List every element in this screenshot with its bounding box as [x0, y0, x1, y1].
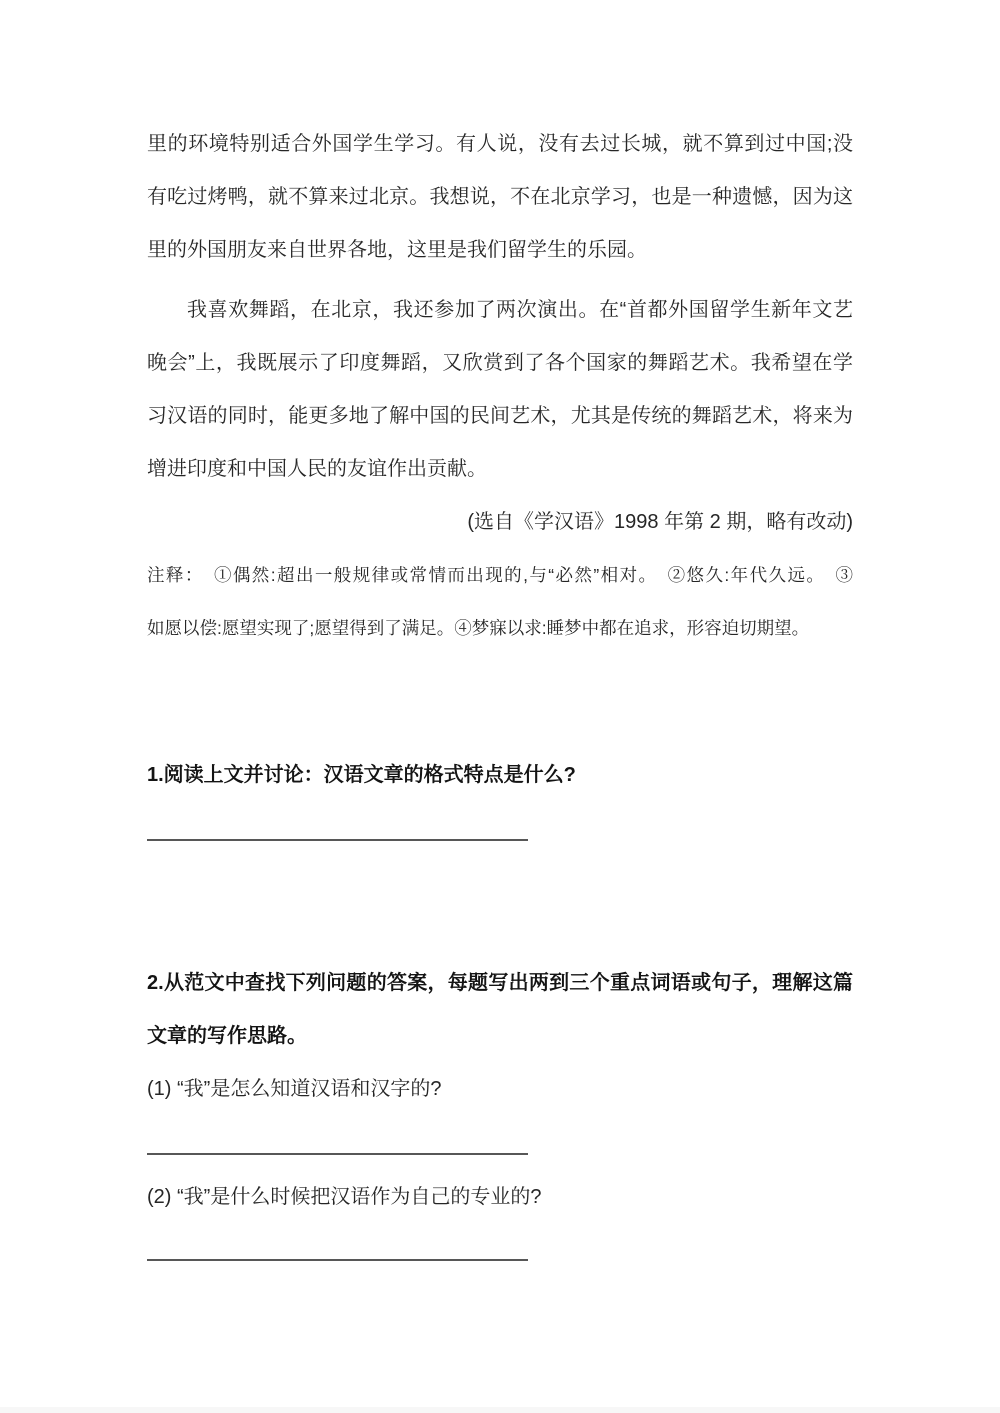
- note-line: 如愿以偿:愿望实现了;愿望得到了满足。④梦寐以求:睡梦中都在追求，形容迫切期望。: [147, 602, 853, 655]
- sub-question-2: (2) “我”是什么时候把汉语作为自己的专业的?: [147, 1171, 853, 1224]
- text-line: 2.从范文中查找下列问题的答案，每题写出两到三个重点词语或句子，理解这篇: [147, 957, 853, 1010]
- notes-section: 注释： ①偶然:超出一般规律或常情而出现的,与“必然”相对。 ②悠久:年代久远。…: [147, 549, 853, 655]
- answer-blank-line-1[interactable]: [147, 839, 528, 841]
- next-page-edge: [0, 1407, 1000, 1413]
- text-line: 增进印度和中国人民的友谊作出贡献。: [147, 443, 853, 496]
- note-line: 注释： ①偶然:超出一般规律或常情而出现的,与“必然”相对。 ②悠久:年代久远。…: [147, 549, 853, 602]
- text-line: 里的外国朋友来自世界各地，这里是我们留学生的乐园。: [147, 224, 853, 277]
- text-line: 文章的写作思路。: [147, 1010, 853, 1063]
- question-2: 2.从范文中查找下列问题的答案，每题写出两到三个重点词语或句子，理解这篇 文章的…: [147, 957, 853, 1063]
- question-1: 1.阅读上文并讨论：汉语文章的格式特点是什么?: [147, 749, 853, 802]
- text-line: 有吃过烤鸭，就不算来过北京。我想说，不在北京学习，也是一种遗憾，因为这: [147, 171, 853, 224]
- answer-blank-line-3[interactable]: [147, 1259, 528, 1261]
- text-line: 晚会”上，我既展示了印度舞蹈，又欣赏到了各个国家的舞蹈艺术。我希望在学: [147, 337, 853, 390]
- answer-blank-line-2[interactable]: [147, 1153, 528, 1155]
- worksheet-page: 里的环境特别适合外国学生学习。有人说，没有去过长城，就不算到过中国;没 有吃过烤…: [0, 0, 1000, 1261]
- text-line: 我喜欢舞蹈，在北京，我还参加了两次演出。在“首都外国留学生新年文艺: [147, 284, 853, 337]
- source-attribution: (选自《学汉语》1998 年第 2 期，略有改动): [147, 496, 853, 549]
- text-line: 习汉语的同时，能更多地了解中国的民间艺术，尤其是传统的舞蹈艺术，将来为: [147, 390, 853, 443]
- paragraph-continuation: 里的环境特别适合外国学生学习。有人说，没有去过长城，就不算到过中国;没 有吃过烤…: [147, 118, 853, 277]
- sub-question-1: (1) “我”是怎么知道汉语和汉字的?: [147, 1063, 853, 1116]
- text-line: 里的环境特别适合外国学生学习。有人说，没有去过长城，就不算到过中国;没: [147, 118, 853, 171]
- paragraph-dance: 我喜欢舞蹈，在北京，我还参加了两次演出。在“首都外国留学生新年文艺 晚会”上，我…: [147, 284, 853, 496]
